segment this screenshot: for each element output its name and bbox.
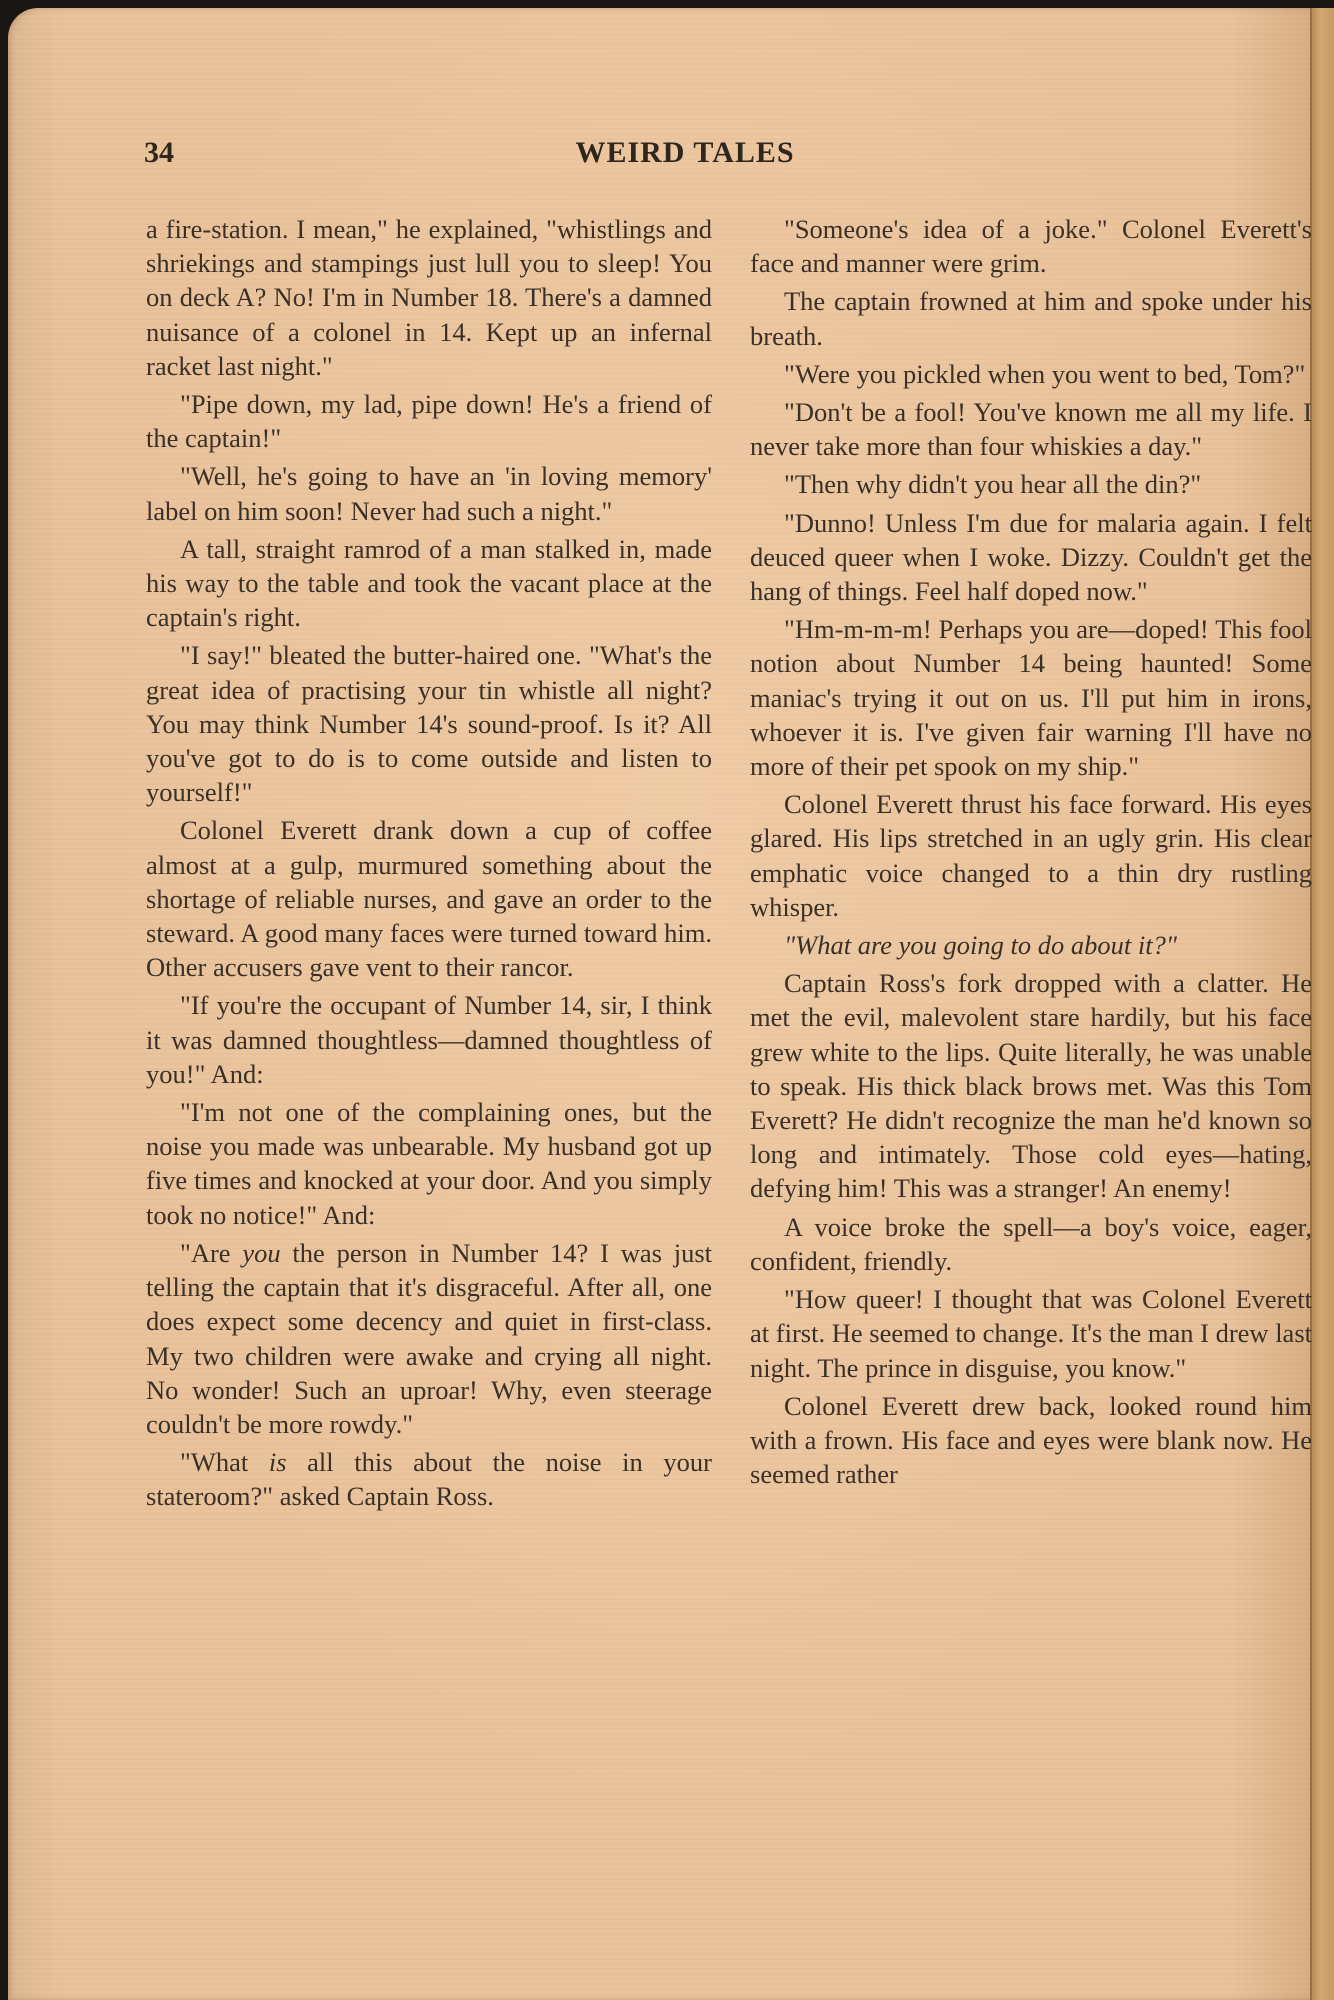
paragraph: Captain Ross's fork dropped with a clatt… — [750, 966, 1312, 1205]
paragraph: Colonel Everett drew back, looked round … — [750, 1389, 1312, 1492]
paragraph: "Don't be a fool! You've known me all my… — [750, 395, 1312, 463]
paragraph: A tall, straight ramrod of a man stalked… — [146, 532, 712, 635]
paragraph: "Were you pickled when you went to bed, … — [750, 357, 1312, 391]
paragraph: "How queer! I thought that was Colonel E… — [750, 1282, 1312, 1385]
emphasis-text: is — [269, 1447, 287, 1477]
paragraph: "Are you the person in Number 14? I was … — [146, 1236, 712, 1441]
paragraph: "Hm-m-m-m! Perhaps you are—doped! This f… — [750, 612, 1312, 783]
paragraph: "I'm not one of the complaining ones, bu… — [146, 1095, 712, 1232]
whispered-line: "What are you going to do about it?" — [750, 928, 1312, 962]
right-column: "Someone's idea of a joke." Colonel Ever… — [750, 212, 1312, 1495]
emphasis-text: you — [242, 1238, 280, 1268]
paragraph: "What is all this about the noise in you… — [146, 1445, 712, 1513]
text-run: "What — [180, 1447, 269, 1477]
magazine-page: 34 WEIRD TALES a fire-station. I mean," … — [8, 8, 1334, 2000]
paragraph: "Someone's idea of a joke." Colonel Ever… — [750, 212, 1312, 280]
paragraph: "If you're the occupant of Number 14, si… — [146, 988, 712, 1091]
paragraph: The captain frowned at him and spoke und… — [750, 284, 1312, 352]
paragraph: "Pipe down, my lad, pipe down! He's a fr… — [146, 387, 712, 455]
paragraph: "Dunno! Unless I'm due for malaria again… — [750, 506, 1312, 609]
paragraph: "Well, he's going to have an 'in loving … — [146, 459, 712, 527]
text-run: the person in Number 14? I was just tell… — [146, 1238, 712, 1439]
paragraph: "Then why didn't you hear all the din?" — [750, 467, 1312, 501]
journal-title: WEIRD TALES — [8, 136, 1334, 170]
paragraph: Colonel Everett thrust his face forward.… — [750, 787, 1312, 924]
page-edge — [1310, 8, 1334, 2000]
running-head: 34 WEIRD TALES — [8, 136, 1334, 176]
paragraph: "I say!" bleated the butter-haired one. … — [146, 638, 712, 809]
left-column: a fire-station. I mean," he explained, "… — [146, 212, 712, 1518]
paragraph: A voice broke the spell—a boy's voice, e… — [750, 1210, 1312, 1278]
text-run: "Are — [180, 1238, 242, 1268]
paragraph: a fire-station. I mean," he explained, "… — [146, 212, 712, 383]
paragraph: Colonel Everett drank down a cup of coff… — [146, 813, 712, 984]
